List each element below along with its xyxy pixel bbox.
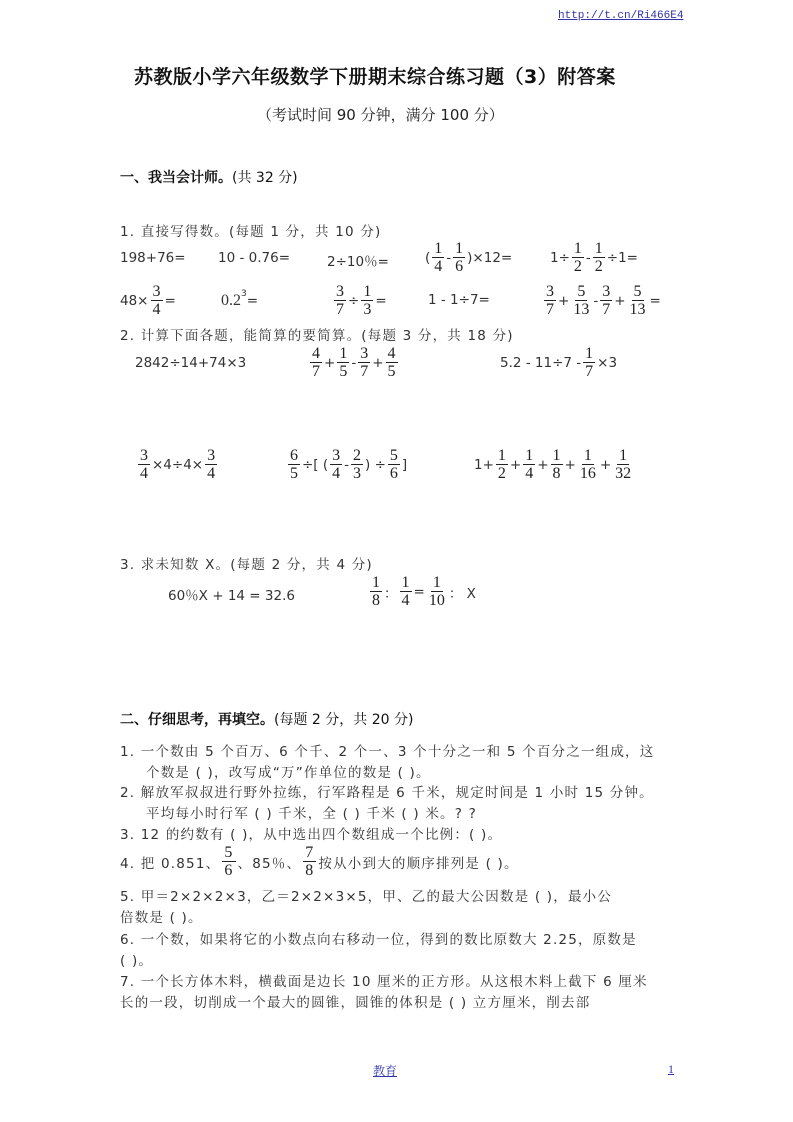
fraction: 34 [205, 447, 217, 482]
fraction: 14 [523, 447, 535, 482]
q2-p4: 34 ×4÷4× 34 [136, 447, 219, 482]
s2-item1-line1: 1. 一个数由 5 个百万、6 个千、2 个一、3 个十分之一和 5 个百分之一… [120, 740, 654, 760]
s2-item5-line2: 倍数是 ( )。 [120, 906, 203, 926]
fraction: 14 [400, 574, 412, 609]
q3-label: 3. 求未知数 X。(每题 2 分，共 4 分) [120, 553, 373, 573]
document-subtitle: （考试时间 90 分钟，满分 100 分） [257, 104, 504, 125]
q3-e1: 60％X + 14 = 32.6 [168, 584, 295, 604]
s2-item2-line1: 2. 解放军叔叔进行野外拉练，行军路程是 6 千米，规定时间是 1 小时 15 … [120, 781, 654, 801]
q1-r1-d: ( 14 - 16 )×12= [425, 240, 512, 275]
q2-p2: 47 + 15 - 37 + 45 [308, 345, 400, 380]
document-title: 苏教版小学六年级数学下册期末综合练习题（3）附答案 [134, 62, 616, 89]
q2-p1: 2842÷14+74×3 [135, 355, 246, 371]
q2-p5: 65 ÷[ ( 34 - 23 ) ÷ 56 ] [286, 447, 407, 482]
s2-item7-line1: 7. 一个长方体木料，横截面是边长 10 厘米的正方形。从这根木料上截下 6 厘… [120, 970, 648, 990]
fraction: 17 [583, 345, 595, 380]
fraction: 12 [572, 240, 584, 275]
fraction: 14 [432, 240, 444, 275]
fraction: 23 [351, 447, 363, 482]
fraction: 15 [337, 345, 349, 380]
fraction: 132 [613, 447, 633, 482]
fraction: 56 [388, 447, 400, 482]
q1-r2-e: 37 + 513 - 37 + 513 = [542, 283, 661, 318]
q1-r2-b: 0.23 = [221, 292, 258, 310]
fraction: 78 [303, 844, 316, 879]
fraction: 12 [496, 447, 508, 482]
fraction: 513 [628, 283, 648, 318]
section1-heading: 一、我当会计师。(共 32 分) [120, 167, 298, 187]
fraction: 56 [222, 844, 235, 879]
footer-link[interactable]: 教育 [373, 1062, 397, 1079]
section2-heading: 二、仔细思考，再填空。(每题 2 分，共 20 分) [120, 709, 413, 729]
header-url-link[interactable]: http://t.cn/Ri466E4 [558, 10, 683, 22]
fraction: 37 [544, 283, 556, 318]
fraction: 110 [427, 574, 447, 609]
section1-heading-points: (共 32 分) [232, 170, 298, 186]
q2-p3: 5.2 - 11÷7 - 17 ×3 [500, 345, 617, 380]
fraction: 37 [334, 283, 346, 318]
fraction: 34 [151, 283, 163, 318]
q1-r1-b: 10 - 0.76= [218, 250, 290, 266]
q1-r2-c: 37 ÷ 13 = [332, 283, 387, 318]
fraction: 65 [288, 447, 300, 482]
fraction: 37 [358, 345, 370, 380]
fraction: 18 [551, 447, 563, 482]
q1-r2-d: 1 - 1÷7= [428, 292, 490, 308]
s2-item3: 3. 12 的约数有 ( )，从中选出四个数组成一个比例：( )。 [120, 823, 502, 843]
fraction: 37 [600, 283, 612, 318]
q2-p6: 1+ 12+ 14+ 18+ 116+ 132 [474, 447, 635, 482]
fraction: 12 [593, 240, 605, 275]
q1-label: 1. 直接写得数。(每题 1 分，共 10 分) [120, 220, 381, 240]
fraction: 18 [370, 574, 382, 609]
fraction: 13 [361, 283, 373, 318]
s2-item1-line2: 个数是 ( )，改写成“万”作单位的数是 ( )。 [146, 761, 431, 781]
s2-item2-line2: 平均每小时行军 ( ) 千米，全 ( ) 千米 ( ) 米。? ? [146, 802, 477, 822]
fraction: 47 [310, 345, 322, 380]
fraction: 513 [571, 283, 591, 318]
q1-r1-c: 2÷10％= [327, 250, 389, 270]
q1-r2-a: 48× 34 = [120, 283, 176, 318]
fraction: 116 [578, 447, 598, 482]
fraction: 34 [138, 447, 150, 482]
s2-item4: 4. 把 0.851、 56 、85％、 78 按从小到大的顺序排列是 ( )。 [120, 844, 519, 879]
page-number[interactable]: 1 [668, 1062, 674, 1077]
fraction: 34 [330, 447, 342, 482]
s2-item6-line1: 6. 一个数，如果将它的小数点向右移动一位，得到的数比原数大 2.25，原数是 [120, 928, 637, 948]
q2-label: 2. 计算下面各题，能简算的要简算。(每题 3 分，共 18 分) [120, 324, 514, 344]
q3-e2: 18 ： 14 = 110 ： X [368, 574, 476, 609]
q1-r1-a: 198+76= [120, 250, 186, 266]
section2-heading-points: (每题 2 分，共 20 分) [274, 712, 413, 728]
s2-item7-line2: 长的一段，切削成一个最大的圆锥，圆锥的体积是 ( ) 立方厘米，削去部 [120, 991, 590, 1011]
section1-heading-title: 一、我当会计师。 [120, 170, 232, 186]
fraction: 45 [386, 345, 398, 380]
q1-r1-e: 1÷ 12 - 12 ÷1= [550, 240, 638, 275]
section2-heading-title: 二、仔细思考，再填空。 [120, 712, 274, 728]
s2-item6-line2: ( )。 [120, 949, 153, 969]
s2-item5-line1: 5. 甲＝2×2×2×3，乙＝2×2×3×5，甲、乙的最大公因数是 ( )，最小… [120, 885, 612, 905]
fraction: 16 [453, 240, 465, 275]
